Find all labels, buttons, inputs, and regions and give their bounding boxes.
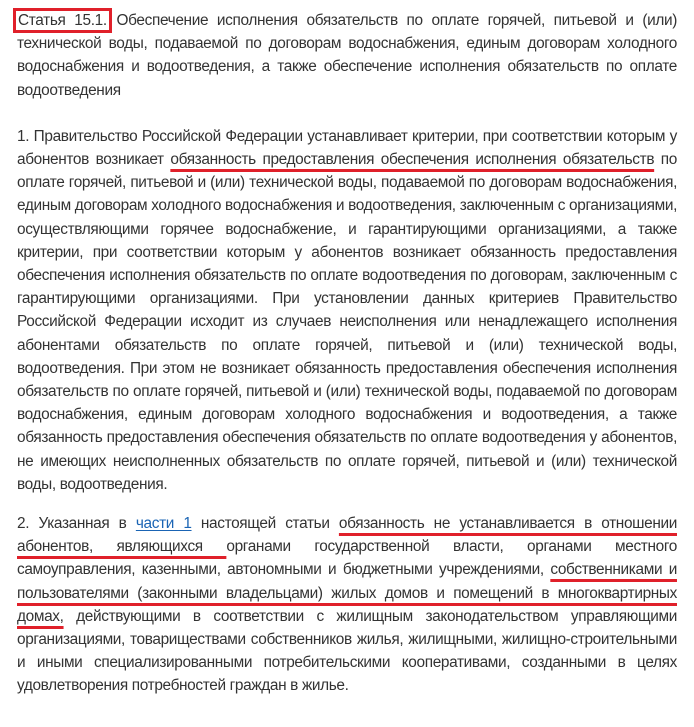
- paragraph-1-underlined-phrase: обязанность предоставления обеспечения и…: [170, 151, 654, 168]
- paragraph-1: 1. Правительство Российской Федерации ус…: [17, 125, 677, 496]
- paragraph-2-text-middle: настоящей статьи: [192, 515, 339, 532]
- article-number-boxed: Статья 15.1.: [17, 12, 108, 29]
- article-title: Обеспечение исполнения обязательств по о…: [17, 12, 677, 99]
- article-heading: Статья 15.1. Обеспечение исполнения обяз…: [17, 9, 677, 102]
- law-article: Статья 15.1. Обеспечение исполнения обяз…: [17, 9, 677, 698]
- paragraph-2-text-before: 2. Указанная в: [17, 515, 136, 532]
- paragraph-2: 2. Указанная в части 1 настоящей статьи …: [17, 512, 677, 698]
- paragraph-1-text-after: по оплате горячей, питьевой и (или) техн…: [17, 151, 677, 493]
- part-1-link[interactable]: части 1: [136, 515, 192, 532]
- paragraph-2-text-after: действующими в соответствии с жилищным з…: [17, 608, 677, 695]
